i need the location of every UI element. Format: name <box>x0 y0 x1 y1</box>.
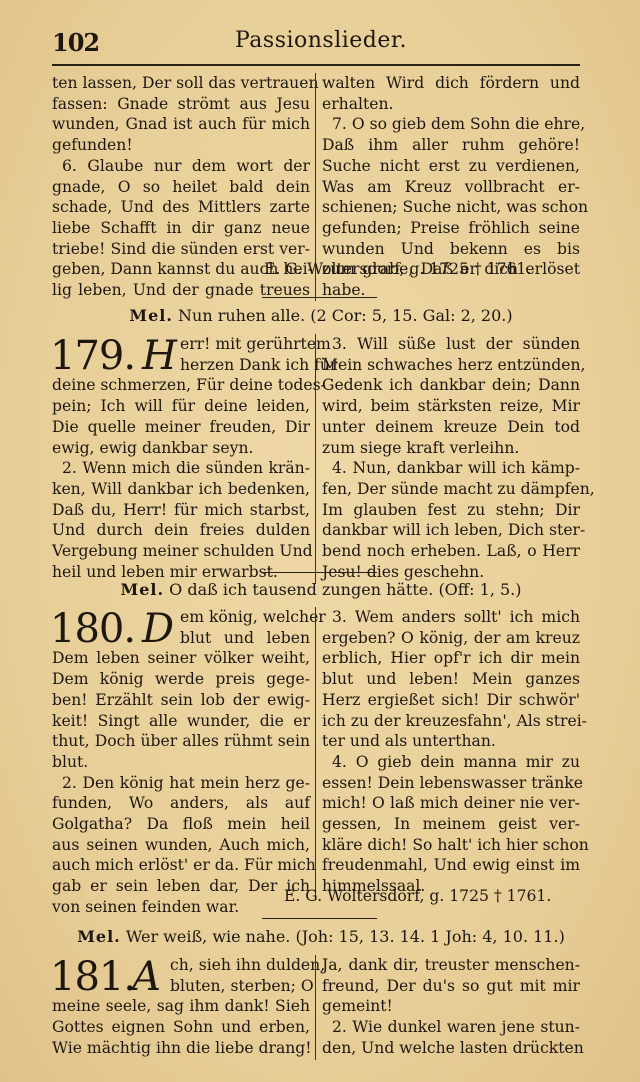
verse-line: aus seinen wunden, Auch mich, <box>52 835 310 856</box>
verse-line: kläre dich! So halt' ich hier schon <box>322 835 580 856</box>
verse-line: fassen: Gnade strömt aus Jesu <box>52 94 310 115</box>
verse-line: ewig, ewig dankbar seyn. <box>52 438 310 459</box>
verse-line: schade, Und des Mittlers zarte <box>52 197 310 218</box>
verse-line: Daß ihm aller ruhm gehöre! <box>322 135 580 156</box>
verse-line: 2. Wenn mich die sünden krän- <box>52 458 310 479</box>
verse-line: Herz ergießet sich! Dir schwör' <box>322 690 580 711</box>
verse-line: Im glauben fest zu stehn; Dir <box>322 500 580 521</box>
author-attribution: E. G. Woltersdorf, g. 1725 † 1761. <box>284 887 551 905</box>
section-rule <box>262 297 377 298</box>
verse-line: thut, Doch über alles rühmt sein <box>52 731 310 752</box>
melody-line-181: Mel. Wer weiß, wie nahe. (Joh: 15, 13. 1… <box>52 927 590 946</box>
verse-line: Die quelle meiner freuden, Dir <box>52 417 310 438</box>
verse-line: von seinen feinden war. <box>52 897 310 918</box>
verse-line: 7. O so gieb dem Sohn die ehre, <box>322 114 580 135</box>
melody-title: Nun ruhen alle. <box>178 306 305 325</box>
hymn-181-right-column: Ja, dank dir, treuster menschen- freund,… <box>322 955 580 1059</box>
hymn-181-left-column: ch, sieh ihn dulden, bluten, sterben; O … <box>52 955 310 1059</box>
verse-line: wunden Und bekenn es bis <box>322 239 580 260</box>
hymn-180: 180. D em könig, welcher blut und leben … <box>52 607 580 913</box>
verse-line: Mein schwaches herz entzünden, <box>322 355 580 376</box>
verse-line: 3. Wem anders sollt' ich mich <box>322 607 580 628</box>
verse-line: ten lassen, Der soll das vertrauen <box>52 73 310 94</box>
verse-line: Gedenk ich dankbar dein; Dann <box>322 375 580 396</box>
melody-label: Mel. <box>129 306 173 325</box>
section-rule <box>262 572 377 573</box>
verse-line: mich! O laß mich deiner nie ver- <box>322 793 580 814</box>
verse-line: wird, beim stärksten reize, Mir <box>322 396 580 417</box>
verse-line: Dem leben seiner völker weiht, <box>52 648 310 669</box>
section-rule <box>262 918 377 919</box>
verse-line: Dem könig werde preis gege- <box>52 669 310 690</box>
melody-title: O daß ich tausend zungen hätte. <box>169 580 433 599</box>
verse-line: fen, Der sünde macht zu dämpfen, <box>322 479 580 500</box>
verse-line: blut. <box>52 752 310 773</box>
verse-line: dankbar will ich leben, Dich ster- <box>322 520 580 541</box>
verse-line: herzen Dank ich für <box>52 355 310 376</box>
verse-line: bend noch erheben. Laß, o Herr <box>322 541 580 562</box>
melody-line-179: Mel. Nun ruhen alle. (2 Cor: 5, 15. Gal:… <box>52 306 590 325</box>
melody-line-180: Mel. O daß ich tausend zungen hätte. (Of… <box>52 580 590 599</box>
verse-line: Wie mächtig ihn die liebe drang! <box>52 1038 310 1059</box>
verse-line: schienen; Suche nicht, was schon <box>322 197 580 218</box>
verse-line: Was am Kreuz vollbracht er- <box>322 177 580 198</box>
verse-line: ergeben? O könig, der am kreuz <box>322 628 580 649</box>
hymn-180-left-column: em könig, welcher blut und leben Dem leb… <box>52 607 310 918</box>
column-divider <box>315 334 316 584</box>
scripture-reference: (2 Cor: 5, 15. Gal: 2, 20.) <box>310 306 512 325</box>
verse-line: walten Wird dich fördern und <box>322 73 580 94</box>
verse-line: gnade, O so heilet bald dein <box>52 177 310 198</box>
verse-line: gefunden! <box>52 135 310 156</box>
verse-line: blut und leben <box>52 628 310 649</box>
melody-label: Mel. <box>120 580 164 599</box>
scripture-reference: (Off: 1, 5.) <box>438 580 521 599</box>
melody-title: Wer weiß, wie nahe. <box>126 927 291 946</box>
verse-line: gab er sein leben dar, Der ich <box>52 876 310 897</box>
header-rule <box>52 64 580 66</box>
verse-line: ter und als unterthan. <box>322 731 580 752</box>
verse-line: 3. Will süße lust der sünden <box>322 334 580 355</box>
verse-line: zum siege kraft verleihn. <box>322 438 580 459</box>
melody-label: Mel. <box>77 927 121 946</box>
verse-line: Vergebung meiner schulden Und <box>52 541 310 562</box>
scripture-reference: (Joh: 15, 13. 14. 1 Joh: 4, 10. 11.) <box>295 927 564 946</box>
hymn-179-right-column: 3. Will süße lust der sünden Mein schwac… <box>322 334 580 582</box>
verse-line: 2. Wie dunkel waren jene stun- <box>322 1017 580 1038</box>
hymn-181: 181. A ch, sieh ihn dulden, bluten, ster… <box>52 955 580 1065</box>
hymn-179-left-column: err! mit gerührtem herzen Dank ich für d… <box>52 334 310 582</box>
hymn-179: 179. H err! mit gerührtem herzen Dank ic… <box>52 334 580 584</box>
verse-line: 6. Glaube nur dem wort der <box>52 156 310 177</box>
verse-line: 4. O gieb dein manna mir zu <box>322 752 580 773</box>
verse-line: gefunden; Preise fröhlich seine <box>322 218 580 239</box>
running-title: Passionslieder. <box>52 28 590 53</box>
hymn-180-right-column: 3. Wem anders sollt' ich mich ergeben? O… <box>322 607 580 897</box>
verse-line: erhalten. <box>322 94 580 115</box>
page-header: 102 Passionslieder. <box>52 28 590 58</box>
verse-line: err! mit gerührtem <box>52 334 310 355</box>
verse-line: ken, Will dankbar ich bedenken, <box>52 479 310 500</box>
verse-line: funden, Wo anders, als auf <box>52 793 310 814</box>
verse-line: gemeint! <box>322 996 580 1017</box>
verse-line: pein; Ich will für deine leiden, <box>52 396 310 417</box>
verse-line: Und durch dein freies dulden <box>52 520 310 541</box>
verse-line: auch mich erlöst' er da. Für mich <box>52 855 310 876</box>
verse-line: 2. Den könig hat mein herz ge- <box>52 773 310 794</box>
verse-line: Suche nicht erst zu verdienen, <box>322 156 580 177</box>
verse-line: Golgatha? Da floß mein heil <box>52 814 310 835</box>
verse-line: meine seele, sag ihm dank! Sieh <box>52 996 310 1017</box>
verse-line: Gottes eignen Sohn und erben, <box>52 1017 310 1038</box>
verse-line: ich zu der kreuzesfahn', Als strei- <box>322 711 580 732</box>
verse-line: freudenmahl, Und ewig einst im <box>322 855 580 876</box>
column-divider <box>315 955 316 1060</box>
verse-line: bluten, sterben; O <box>52 976 310 997</box>
verse-line: den, Und welche lasten drückten <box>322 1038 580 1059</box>
verse-line: erblich, Hier opf'r ich dir mein <box>322 648 580 669</box>
verse-line: em könig, welcher <box>52 607 310 628</box>
verse-line: unter deinem kreuze Dein tod <box>322 417 580 438</box>
verse-line: essen! Dein lebenswasser tränke <box>322 773 580 794</box>
verse-line: keit! Singt alle wunder, die er <box>52 711 310 732</box>
verse-line: gessen, In meinem geist ver- <box>322 814 580 835</box>
verse-line: Daß du, Herr! für mich starbst, <box>52 500 310 521</box>
author-attribution: E. G. Woltersdorf, g. 1725 † 1761. <box>264 260 531 278</box>
verse-line: Ja, dank dir, treuster menschen- <box>322 955 580 976</box>
verse-line: 4. Nun, dankbar will ich kämp- <box>322 458 580 479</box>
verse-line: ben! Erzählt sein lob der ewig- <box>52 690 310 711</box>
verse-line: liebe Schafft in dir ganz neue <box>52 218 310 239</box>
column-divider <box>315 607 316 897</box>
verse-line: freund, Der du's so gut mit mir <box>322 976 580 997</box>
verse-line: wunden, Gnad ist auch für mich <box>52 114 310 135</box>
verse-line: deine schmerzen, Für deine todes- <box>52 375 310 396</box>
verse-line: triebe! Sind die sünden erst ver- <box>52 239 310 260</box>
verse-line: ch, sieh ihn dulden, <box>52 955 310 976</box>
verse-line: blut und leben! Mein ganzes <box>322 669 580 690</box>
